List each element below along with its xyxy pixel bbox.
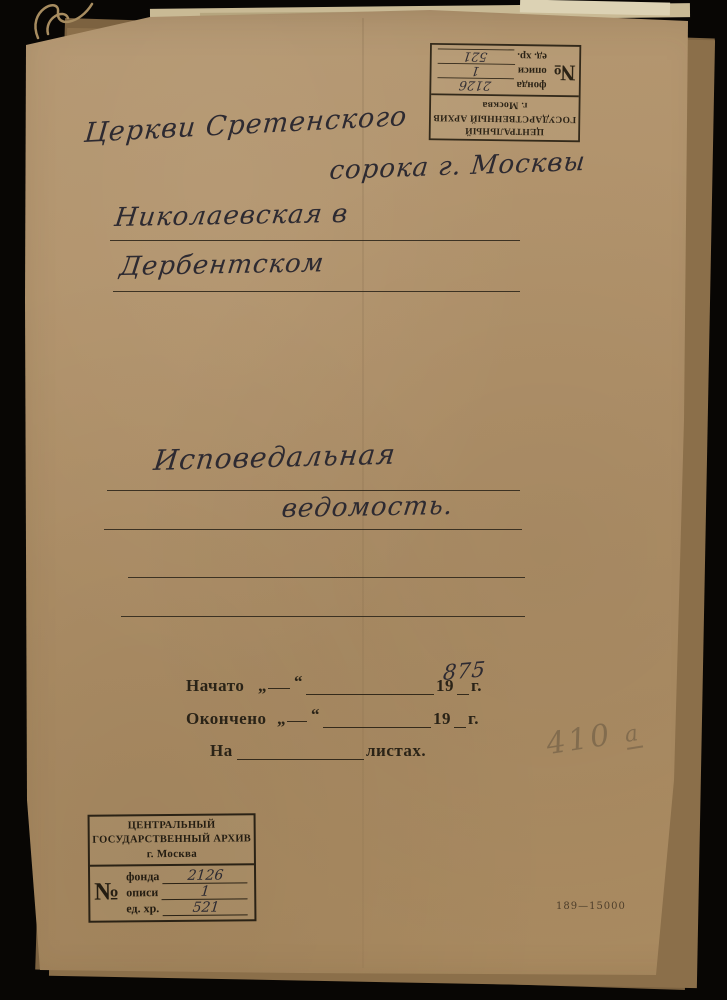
fond-value: 2126	[163, 868, 249, 884]
fond-value: 2126	[436, 78, 514, 93]
stamp-body: № фонда 2126 описи 1 ед. хр. 521	[431, 45, 579, 96]
stamp-row-fond: фонда 2126	[126, 868, 248, 884]
stamp-org-line1: ЦЕНТРАЛЬНЫЙ	[92, 818, 252, 833]
stamp-row-fond: фонда 2126	[437, 78, 547, 93]
ruled-line	[104, 529, 522, 530]
stamp-org-line1: ЦЕНТРАЛЬНЫЙ	[432, 123, 576, 137]
ruled-line	[110, 240, 520, 241]
quote-close: “	[294, 672, 303, 692]
church-name-line1: Николаевская в	[113, 199, 350, 233]
edhr-value: 521	[436, 49, 514, 64]
edhr-value: 521	[163, 900, 250, 916]
month-blank	[306, 694, 434, 695]
year-suffix: г.	[471, 676, 482, 696]
month-blank	[323, 727, 431, 728]
church-name-line2: Дербентском	[118, 248, 326, 282]
subject-line2: ведомость.	[280, 491, 455, 524]
on-label: На	[210, 741, 233, 761]
opis-value: 1	[162, 884, 249, 900]
ruled-line	[113, 291, 520, 292]
archive-stamp-top: ЦЕНТРАЛЬНЫЙ ГОСУДАРСТВЕННЫЙ АРХИВ г. Мос…	[429, 43, 582, 142]
day-blank	[268, 688, 290, 689]
stamp-city: г. Москва	[92, 846, 252, 863]
ruled-line	[128, 577, 525, 578]
quote-open: „	[277, 709, 286, 729]
opis-value: 1	[436, 63, 515, 78]
sheets-label: листах.	[366, 741, 426, 761]
stamp-org-line2: ГОСУДАРСТВЕННЫЙ АРХИВ	[92, 832, 252, 847]
year-blank	[457, 694, 469, 695]
subject-line1: Исповедальная	[152, 438, 398, 477]
scanned-archive-cover: ЦЕНТРАЛЬНЫЙ ГОСУДАРСТВЕННЫЙ АРХИВ г. Мос…	[0, 0, 727, 1000]
number-sign: №	[94, 879, 126, 904]
year-blank	[454, 727, 466, 728]
quote-close: “	[311, 705, 320, 725]
stamp-row-edhr: ед. хр. 521	[126, 900, 248, 916]
year-suffix: г.	[468, 709, 479, 729]
day-blank	[287, 721, 307, 722]
ruled-line	[121, 616, 525, 617]
ruled-line	[107, 490, 520, 491]
quote-open: „	[258, 676, 267, 696]
started-label: Начато	[186, 676, 244, 696]
stamp-header: ЦЕНТРАЛЬНЫЙ ГОСУДАРСТВЕННЫЙ АРХИВ г. Мос…	[431, 94, 579, 141]
stamp-body: № фонда 2126 описи 1 ед. хр. 521	[90, 865, 254, 920]
stamp-org-line2: ГОСУДАРСТВЕННЫЙ АРХИВ	[433, 111, 577, 125]
number-sign: №	[547, 61, 576, 84]
stamp-row-opis: описи 1	[437, 63, 547, 78]
stamp-header: ЦЕНТРАЛЬНЫЙ ГОСУДАРСТВЕННЫЙ АРХИВ г. Мос…	[90, 815, 254, 866]
finished-label: Окончено	[186, 709, 267, 729]
archive-stamp-bottom: ЦЕНТРАЛЬНЫЙ ГОСУДАРСТВЕННЫЙ АРХИВ г. Мос…	[88, 813, 257, 922]
stamp-row-opis: описи 1	[126, 884, 248, 900]
stamp-row-edhr: ед. хр. 521	[437, 49, 547, 64]
printers-code: 189—15000	[556, 901, 626, 912]
year-printed: 19	[433, 709, 451, 729]
sheets-blank	[237, 759, 364, 760]
